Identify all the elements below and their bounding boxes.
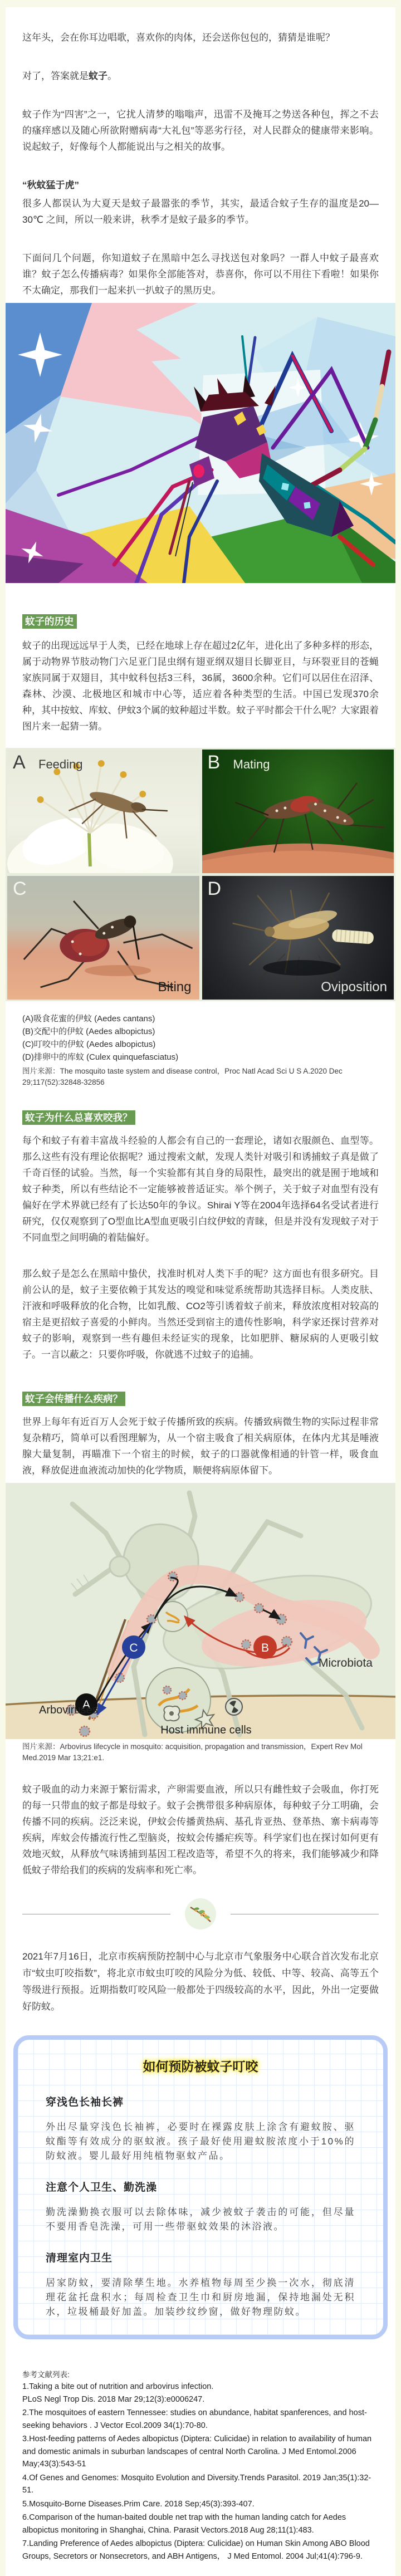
hero-mosquito-popart-image[interactable] bbox=[6, 303, 395, 583]
history-paragraph: 蚊子的出现远远早于人类，已经在地球上存在超过2亿年，进化出了多种多样的形态，属于… bbox=[22, 638, 379, 734]
prevention-item-2-heading: 注意个人卫生、勤洗澡 bbox=[46, 2179, 355, 2194]
photo-c-label: Biting bbox=[158, 980, 191, 995]
photo-a-label: Feeding bbox=[38, 757, 83, 772]
reference-2: 2.The mosquitoes of eastern Tennessee: s… bbox=[22, 2407, 379, 2432]
photo-a-letter: A bbox=[13, 753, 26, 772]
photo-c-letter: C bbox=[13, 879, 27, 898]
intro-p2-prefix: 对了，答案就是 bbox=[22, 71, 89, 81]
caption-c: (C)叮咬中的伊蚊 (Aedes albopictus) bbox=[22, 1038, 379, 1051]
reference-6: 6.Comparison of the human-baited double … bbox=[22, 2511, 379, 2536]
photo-biting[interactable]: C Biting bbox=[7, 876, 199, 1000]
photo-b-label: Mating bbox=[233, 757, 270, 772]
photo-d-letter: D bbox=[208, 879, 222, 898]
diagram-label-b: B bbox=[261, 1642, 269, 1654]
article-page: 这年头，会在你耳边唱歌，喜欢你的肉体，还会送你包包的，猜猜是谁呢？ 对了，答案就… bbox=[6, 7, 395, 2576]
disease-paragraph-1: 世界上每年有近百万人会死于蚊子传播所致的疾病。传播致病微生物的实际过程非常复杂精… bbox=[22, 1414, 379, 1478]
section-header-disease: 蚊子会传播什么疾病？ bbox=[22, 1392, 125, 1406]
photo-feeding[interactable]: A Feeding bbox=[7, 750, 199, 873]
bite-index-paragraph: 2021年7月16日，北京市疾病预防控制中心与北京市气象服务中心联合首次发布北京… bbox=[22, 1948, 379, 2015]
diagram-label-microbiota: Microbiota bbox=[319, 1657, 373, 1669]
reference-5: 5.Mosquito-Borne Diseases.Prim Care. 201… bbox=[22, 2498, 379, 2511]
autumn-paragraph: 很多人都误认为大夏天是蚊子最嚣张的季节，其实，最适合蚊子生存的温度是20—30℃… bbox=[22, 195, 379, 228]
reference-4: 4.Of Genes and Genomes: Mosquito Evoluti… bbox=[22, 2472, 379, 2497]
photo-captions: (A)吸食花蜜的伊蚊 (Aedes cantans) (B)交配中的伊蚊 (Ae… bbox=[22, 1012, 379, 1064]
osmanthus-branch-icon bbox=[185, 1898, 216, 1929]
prevention-item-1-body: 外出尽量穿浅色长袖裤，必要时在裸露皮肤上涂含有避蚊胺、驱蚊酯等有效成分的驱蚊液。… bbox=[46, 2120, 355, 2163]
divider-line-left bbox=[22, 1914, 170, 1914]
intro-p2-bold: 蚊子 bbox=[89, 71, 107, 81]
section-header-history: 蚊子的历史 bbox=[22, 614, 77, 629]
divider-line-right bbox=[231, 1914, 379, 1914]
caption-a: (A)吸食花蜜的伊蚊 (Aedes cantans) bbox=[22, 1012, 379, 1025]
prevention-item-3-body: 居家防蚊，要清除孳生地。水养植物每周至少换一次水，彻底清理花盆托盘积水；每周检查… bbox=[46, 2276, 355, 2319]
questions-paragraph: 下面问几个问题，你知道蚊子在黑暗中怎么寻找送包对象吗？一群人中蚊子最喜欢谁？蚊子… bbox=[22, 250, 379, 298]
autumn-subheading: “秋蚊猛于虎” bbox=[22, 177, 379, 193]
why-bite-paragraph-2: 那么蚊子是怎么在黑暗中蛰伏，找准时机对人类下手的呢？这方面也有很多研究。目前公认… bbox=[22, 1266, 379, 1363]
caption-b: (B)交配中的伊蚊 (Aedes albopictus) bbox=[22, 1025, 379, 1038]
photo-mating[interactable]: B Mating bbox=[202, 750, 394, 873]
disease-paragraph-2: 蚊子吸血的动力来源于繁衍需求，产卵需要血液，所以只有雌性蚊子会吸血，你打死的每一… bbox=[22, 1781, 379, 1878]
diagram-source: 图片来源：Arbovirus lifecycle in mosquito: ac… bbox=[22, 1741, 379, 1764]
intro-p2-suffix: 。 bbox=[107, 71, 117, 81]
intro-paragraph-2: 对了，答案就是蚊子。 bbox=[22, 68, 379, 84]
reference-1: 1.Taking a bite out of nutrition and arb… bbox=[22, 2381, 379, 2406]
intro-paragraph-1: 这年头，会在你耳边唱歌，喜欢你的肉体，还会送你包包的，猜猜是谁呢？ bbox=[22, 30, 379, 46]
photo-b-letter: B bbox=[208, 753, 221, 772]
photo-grid-source: 图片来源：The mosquito taste system and disea… bbox=[22, 1066, 379, 1088]
prevention-card-title: 如何预防被蚊子叮咬 bbox=[46, 2056, 355, 2075]
why-bite-paragraph-1: 每个和蚊子有着丰富战斗经验的人都会有自己的一套理论，诸如衣服颜色、血型等。那么这… bbox=[22, 1133, 379, 1246]
prevention-card: 如何预防被蚊子叮咬 穿浅色长袖长裤 外出尽量穿浅色长袖裤，必要时在裸露皮肤上涂含… bbox=[13, 2035, 388, 2339]
feeding-photo-art bbox=[7, 750, 199, 873]
references-label: 参考文献列表: bbox=[22, 2368, 379, 2379]
prevention-item-3-heading: 清理室内卫生 bbox=[46, 2250, 355, 2265]
prevention-item-2-body: 勤洗澡勤换衣服可以去除体味，减少被蚊子袭击的可能，但尽量不要用香皂洗澡，可用一些… bbox=[46, 2205, 355, 2234]
mosquito-behavior-photo-grid: A Feeding B Mating bbox=[6, 748, 395, 1001]
diagram-label-arboviruses: Arboviruses bbox=[39, 1704, 98, 1716]
section-header-why-bite: 蚊子为什么总喜欢咬我？ bbox=[22, 1110, 135, 1125]
arbovirus-lifecycle-diagram-image[interactable]: A C B Microbiota Arboviruses Host immune… bbox=[6, 1483, 395, 1739]
photo-d-label: Oviposition bbox=[321, 980, 387, 995]
reference-7: 7.Landing Preference of Aedes albopictus… bbox=[22, 2538, 379, 2563]
mating-photo-art bbox=[202, 750, 394, 873]
photo-oviposition[interactable]: D Oviposition bbox=[202, 876, 394, 1000]
reference-3: 3.Host-feeding patterns of Aedes albopic… bbox=[22, 2433, 379, 2471]
diagram-label-c: C bbox=[129, 1642, 138, 1654]
caption-d: (D)排卵中的库蚊 (Culex quinquefasciatus) bbox=[22, 1051, 379, 1064]
prevention-item-1-heading: 穿浅色长袖长裤 bbox=[46, 2094, 355, 2109]
diagram-label-host-immune-cells: Host immune cells bbox=[160, 1724, 251, 1736]
section-divider bbox=[22, 1898, 379, 1929]
intro-paragraph-3: 蚊子作为“四害”之一，它扰人清梦的嗡嗡声，迅雷不及掩耳之势送各种包，挥之不去的瘙… bbox=[22, 106, 379, 155]
